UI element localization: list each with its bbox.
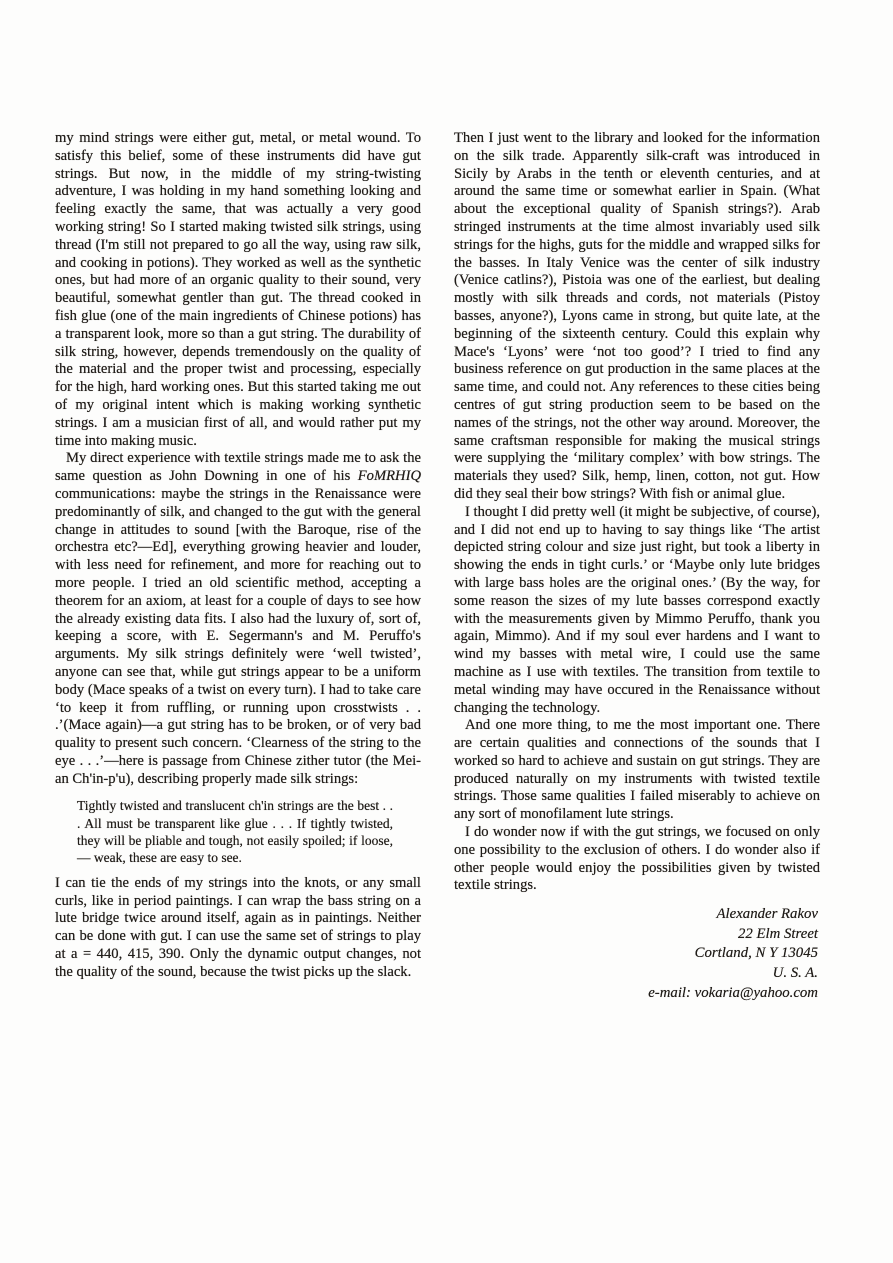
paragraph-i-thought-i-did-well: I thought I did pretty well (it might be…	[454, 504, 820, 718]
text-columns: my mind strings were either gut, metal, …	[55, 130, 820, 1003]
signature-country: U. S. A.	[454, 964, 818, 984]
right-column: Then I just went to the library and look…	[454, 130, 820, 1003]
signature-address-line-2: Cortland, N Y 13045	[454, 944, 818, 964]
paragraph-text-run: communications: maybe the strings in the…	[55, 486, 421, 787]
signature-address-line-1: 22 Elm Street	[454, 925, 818, 945]
paragraph-renaissance-question: My direct experience with textile string…	[55, 450, 421, 788]
signature-name: Alexander Rakov	[454, 905, 818, 925]
paragraph-most-important-thing: And one more thing, to me the most impor…	[454, 717, 820, 824]
paragraph-silk-string-experiment: my mind strings were either gut, metal, …	[55, 130, 421, 450]
block-quote-chin-strings: Tightly twisted and translucent ch'in st…	[77, 797, 393, 865]
signature-block: Alexander Rakov 22 Elm Street Cortland, …	[454, 905, 820, 1003]
scanned-document-page: my mind strings were either gut, metal, …	[0, 0, 893, 1263]
paragraph-tying-ends: I can tie the ends of my strings into th…	[55, 875, 421, 982]
paragraph-i-do-wonder: I do wonder now if with the gut strings,…	[454, 824, 820, 895]
signature-email: e-mail: vokaria@yahoo.com	[454, 984, 818, 1004]
left-column: my mind strings were either gut, metal, …	[55, 130, 421, 1003]
paragraph-silk-trade-history: Then I just went to the library and look…	[454, 130, 820, 504]
journal-title-italic: FoMRHIQ	[358, 468, 421, 484]
